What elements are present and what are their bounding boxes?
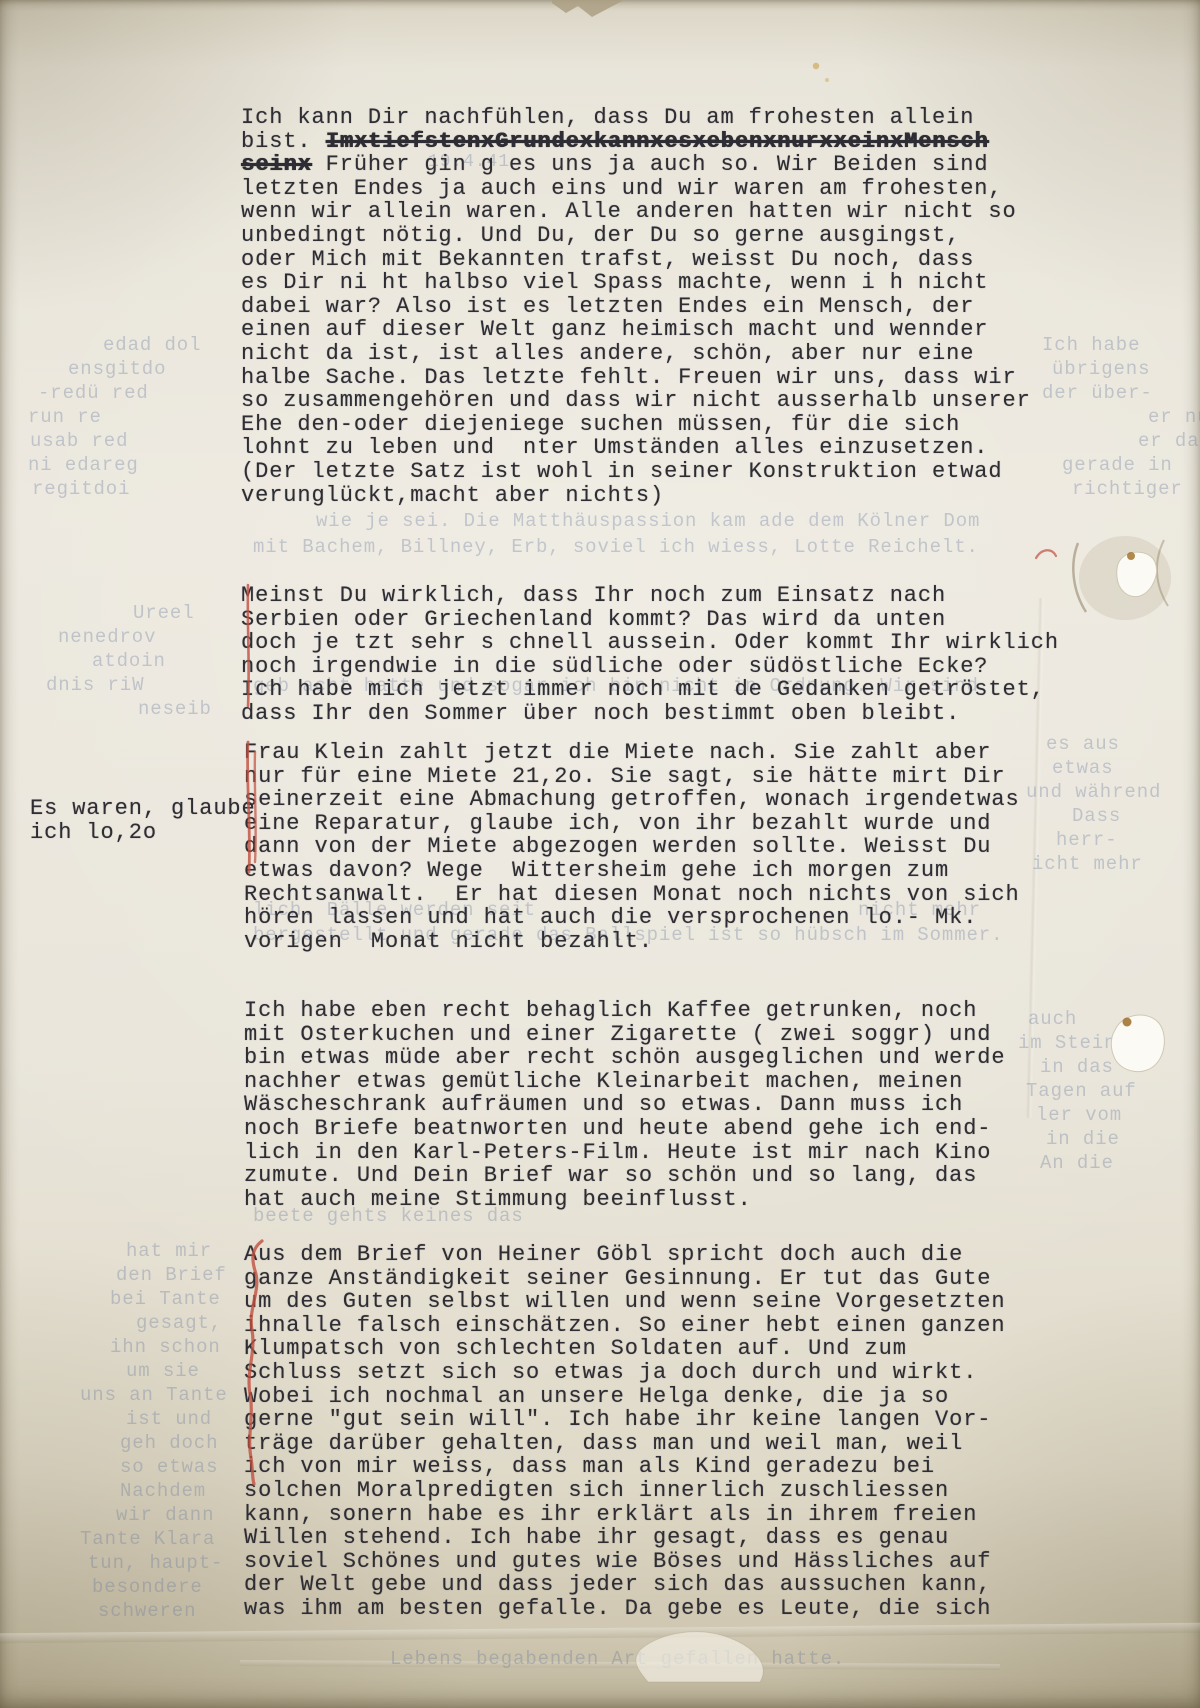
bleedthrough-text: regitdoi (32, 478, 130, 500)
bleedthrough-text: neseib (138, 698, 212, 720)
bleedthrough-text: atdoin (92, 650, 166, 672)
bleedthrough-text: Ureel (133, 602, 195, 624)
bleedthrough-text: mit Bachem, Billney, Erb, soviel ich wie… (253, 536, 979, 558)
paper-crease (240, 1660, 1000, 1670)
chip-speck (1127, 552, 1135, 560)
paragraph-1-text: Früher gin g es uns ja auch so. Wir Beid… (241, 152, 1031, 507)
bleedthrough-text: Tagen auf (1026, 1080, 1137, 1102)
bleedthrough-text: geh doch (120, 1432, 218, 1454)
bleedthrough-text: in das (1040, 1056, 1114, 1078)
bleedthrough-text: schweren (98, 1600, 196, 1622)
strikethrough-text: seinx (241, 152, 312, 177)
bleedthrough-text: ni edareg (28, 454, 139, 476)
paragraph-3: Frau Klein zahlt jetzt die Miete nach. S… (244, 741, 1020, 953)
red-squiggle (1036, 550, 1056, 558)
stain-speck (813, 63, 819, 69)
right-tear-shading (1157, 540, 1168, 606)
bleedthrough-text: auch (1028, 1008, 1077, 1030)
bleedthrough-text: Dass (1072, 805, 1121, 827)
paragraph-5: Aus dem Brief von Heiner Göbl spricht do… (244, 1243, 1006, 1621)
bleedthrough-text: tun, haupt- (88, 1552, 223, 1574)
paper-chip (1111, 1015, 1164, 1072)
bleedthrough-text: es aus (1046, 733, 1120, 755)
bleedthrough-text: Nachdem (120, 1480, 206, 1502)
bleedthrough-text: icht mehr (1032, 853, 1143, 875)
bleedthrough-text: edad dol (103, 334, 201, 356)
bleedthrough-text: nenedrov (58, 626, 156, 648)
bleedthrough-text: der über- (1042, 382, 1153, 404)
bleedthrough-text: usab red (30, 430, 128, 452)
paragraph-4: Ich habe eben recht behaglich Kaffee get… (244, 999, 1006, 1211)
paragraph-2: Meinst Du wirklich, dass Ihr noch zum Ei… (241, 584, 1059, 726)
stain-speck (825, 78, 829, 82)
bleedthrough-text: übrigens (1052, 358, 1150, 380)
paper-crease (0, 1623, 1200, 1644)
bleedthrough-text: gesagt, (136, 1312, 222, 1334)
bleedthrough-text: gerade in (1062, 454, 1173, 476)
bleedthrough-text: ihn schon (110, 1336, 221, 1358)
paragraph-1: Ich kann Dir nachfühlen, dass Du am froh… (241, 106, 1031, 507)
bleedthrough-text: -redü red (38, 382, 149, 404)
bleedthrough-text: ist und (126, 1408, 212, 1430)
bleedthrough-text: etwas (1052, 757, 1114, 779)
bleedthrough-text: ensgitdo (68, 358, 166, 380)
bleedthrough-text: wir dann (116, 1504, 214, 1526)
paper-chip (1117, 552, 1157, 596)
bleedthrough-text: so etwas (120, 1456, 218, 1478)
chip-speck (1123, 1018, 1132, 1027)
bleedthrough-text: er nur (1148, 406, 1200, 428)
bleedthrough-text: in die (1046, 1128, 1120, 1150)
right-tear-shading (1079, 536, 1171, 620)
bleedthrough-text: ler vom (1036, 1104, 1122, 1126)
bleedthrough-text: richtiger (1072, 478, 1183, 500)
letter-page: 19.4.41wie je sei. Die Matthäuspassion k… (0, 0, 1200, 1708)
right-tear-shading (1073, 543, 1086, 612)
bleedthrough-text: uns an Tante (80, 1384, 228, 1406)
bleedthrough-text: besondere (92, 1576, 203, 1598)
bottom-damage (636, 1632, 763, 1682)
bleedthrough-text: er dazu (1138, 430, 1200, 452)
bleedthrough-text: und während (1026, 781, 1161, 803)
bleedthrough-text: bei Tante (110, 1288, 221, 1310)
bleedthrough-text: den Brief (116, 1264, 227, 1286)
bleedthrough-text: An die (1040, 1152, 1114, 1174)
top-tear (552, 0, 624, 17)
bleedthrough-text: herr- (1056, 829, 1118, 851)
margin-note: Es waren, glaube ich lo,2o (30, 797, 256, 844)
bleedthrough-text: wie je sei. Die Matthäuspassion kam ade … (316, 510, 980, 532)
bleedthrough-text: dnis riW (46, 674, 144, 696)
bleedthrough-text: Tante Klara (80, 1528, 215, 1550)
bleedthrough-text: Ich habe (1042, 334, 1140, 356)
bleedthrough-text: hat mir (126, 1240, 212, 1262)
strikethrough-text: ImxtiefstenxGrundexkannxesxebenxnurxxein… (326, 129, 989, 154)
bleedthrough-text: run re (28, 406, 102, 428)
bleedthrough-text: um sie (126, 1360, 200, 1382)
